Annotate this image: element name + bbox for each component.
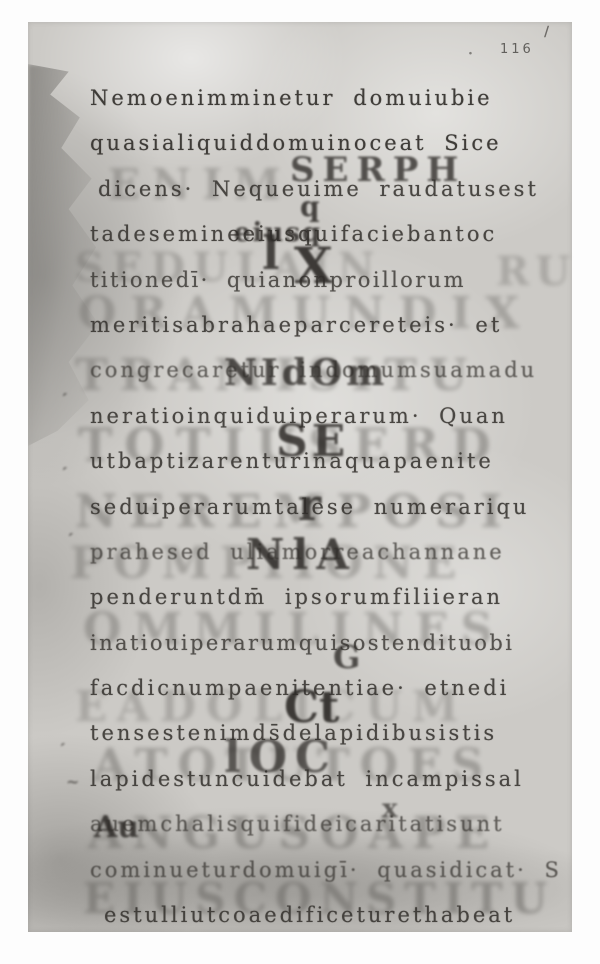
margin-mark: ˏ xyxy=(62,376,68,397)
manuscript-photo: 116 ENIM SEDULAIN RU ORAMUNDIX TRAMISITU… xyxy=(28,22,572,932)
text-line: penderuntdm̄ ipsorumfiliieran xyxy=(90,585,570,630)
ink-bleed-mark: SERPH xyxy=(290,150,466,190)
ink-bleed-mark: G xyxy=(333,638,360,676)
corner-slash-mark: ∕ xyxy=(544,24,549,40)
margin-mark: ˏ xyxy=(62,450,68,471)
ink-bleed-mark: x xyxy=(382,794,398,824)
text-line: Nemoenimminetur domuiubie xyxy=(90,86,570,131)
ink-bleed-mark: r xyxy=(298,480,321,531)
ink-bleed-mark: SE xyxy=(276,416,349,467)
ink-bleed-mark: Ct xyxy=(284,682,339,733)
text-line: estulliutcoaedificeturethabeat xyxy=(104,903,570,948)
margin-mark: ˏ xyxy=(68,516,74,537)
page-number: 116 xyxy=(500,42,534,57)
ink-bleed-mark: NIdOm xyxy=(224,352,388,394)
text-line: cominueturdomuigī· quasidicat· S xyxy=(90,858,570,903)
ink-bleed-mark: Au xyxy=(94,810,139,845)
ink-bleed-mark: NlA xyxy=(246,530,357,579)
margin-mark: ˏ xyxy=(60,726,66,747)
ink-bleed-mark: eiusq xyxy=(234,218,322,248)
margin-dot-mark: · xyxy=(468,46,473,62)
text-line: auemchalisquifideicaritatisunt xyxy=(90,812,570,857)
text-line: inatiouiperarumquisostendituobi xyxy=(90,631,570,676)
text-block: Nemoenimminetur domuiubie quasialiquiddo… xyxy=(90,86,570,948)
margin-mark: ~ xyxy=(66,772,79,791)
ink-bleed-mark: lOC xyxy=(224,732,338,783)
